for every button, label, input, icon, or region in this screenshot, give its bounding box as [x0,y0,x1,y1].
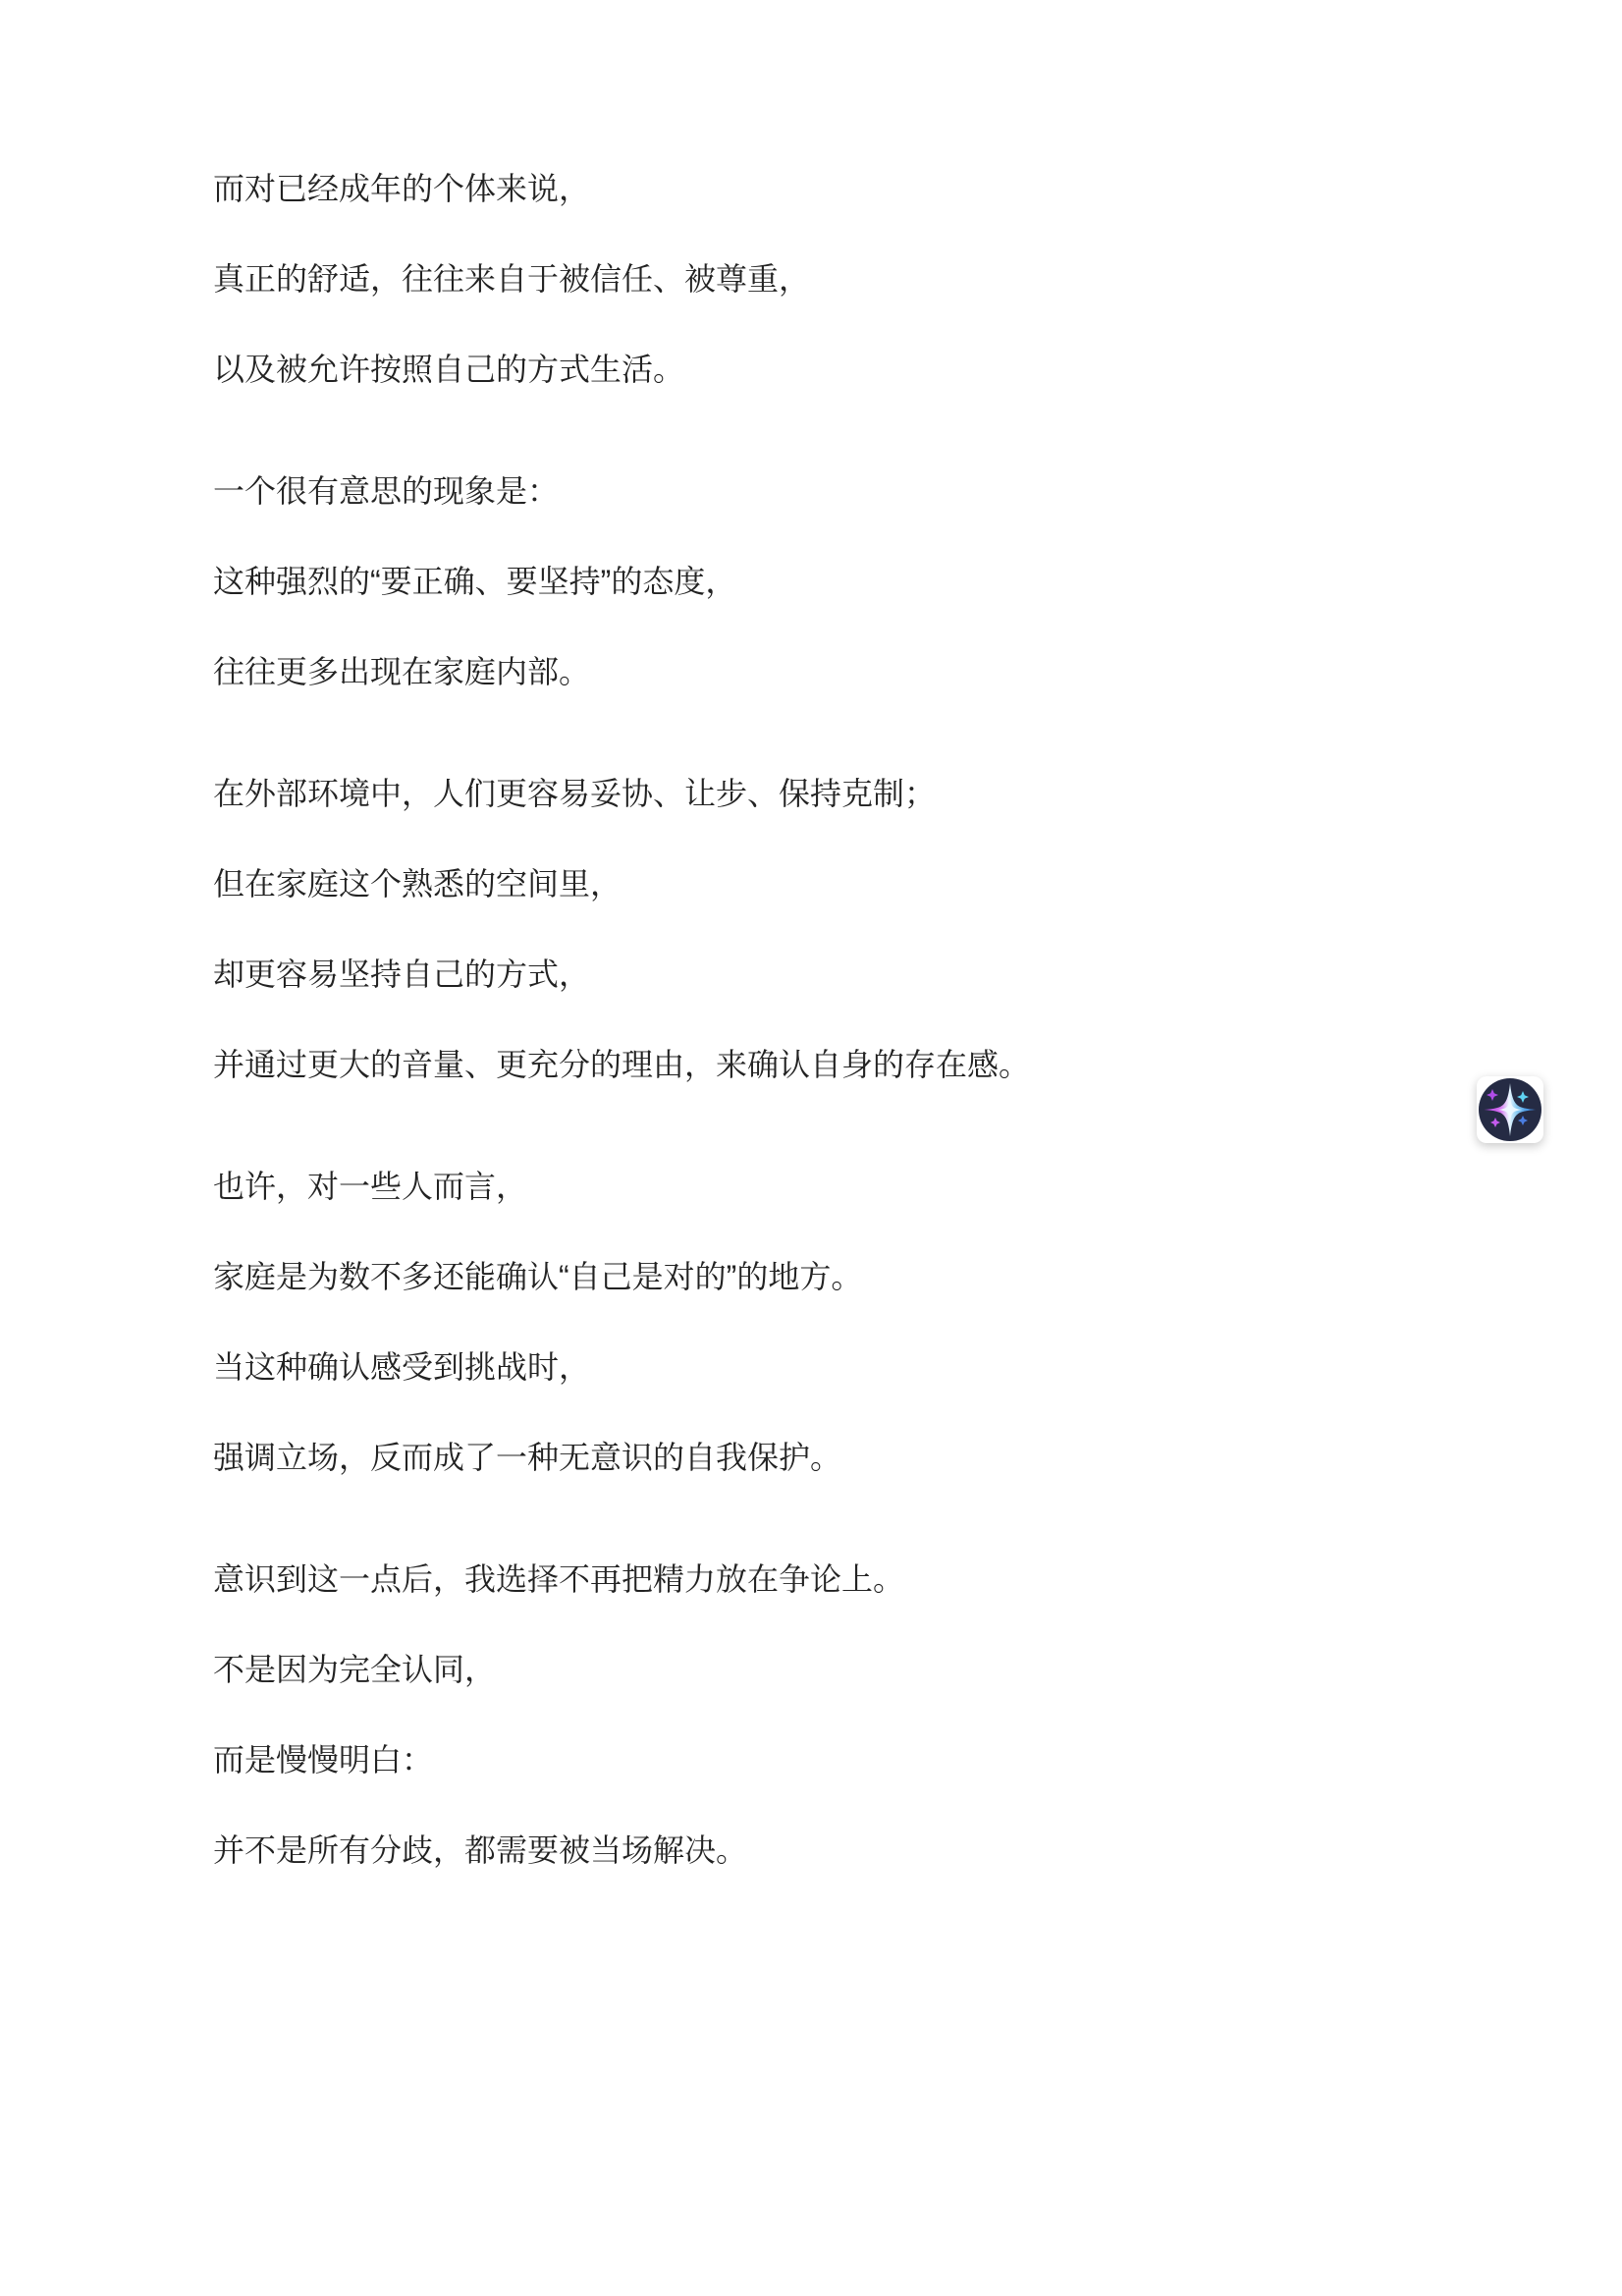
text-line: 却更容易坚持自己的方式， [213,958,1391,990]
paragraph-group: 也许，对一些人而言，家庭是为数不多还能确认“自己是对的”的地方。当这种确认感受到… [213,1171,1391,1473]
text-line: 而是慢慢明白： [213,1744,1391,1776]
text-line: 在外部环境中，人们更容易妥协、让步、保持克制； [213,778,1391,809]
paragraph-group: 意识到这一点后，我选择不再把精力放在争论上。不是因为完全认同，而是慢慢明白：并不… [213,1563,1391,1866]
assistant-widget-button[interactable] [1477,1076,1543,1143]
paragraph-group: 在外部环境中，人们更容易妥协、让步、保持克制；但在家庭这个熟悉的空间里，却更容易… [213,778,1391,1080]
document-body: 而对已经成年的个体来说，真正的舒适，往往来自于被信任、被尊重，以及被允许按照自己… [213,173,1391,1956]
text-line: 真正的舒适，往往来自于被信任、被尊重， [213,263,1391,295]
sparkle-star-icon [1479,1078,1541,1141]
text-line: 意识到这一点后，我选择不再把精力放在争论上。 [213,1563,1391,1595]
text-line: 一个很有意思的现象是： [213,475,1391,507]
text-line: 以及被允许按照自己的方式生活。 [213,354,1391,385]
text-line: 但在家庭这个熟悉的空间里， [213,868,1391,900]
text-line: 这种强烈的“要正确、要坚持”的态度， [213,566,1391,597]
text-line: 而对已经成年的个体来说， [213,173,1391,204]
text-line: 当这种确认感受到挑战时， [213,1351,1391,1383]
text-line: 并通过更大的音量、更充分的理由，来确认自身的存在感。 [213,1049,1391,1080]
text-line: 也许，对一些人而言， [213,1171,1391,1202]
paragraph-group: 一个很有意思的现象是：这种强烈的“要正确、要坚持”的态度，往往更多出现在家庭内部… [213,475,1391,687]
text-line: 不是因为完全认同， [213,1654,1391,1685]
paragraph-group: 而对已经成年的个体来说，真正的舒适，往往来自于被信任、被尊重，以及被允许按照自己… [213,173,1391,385]
text-line: 强调立场，反而成了一种无意识的自我保护。 [213,1442,1391,1473]
text-line: 往往更多出现在家庭内部。 [213,656,1391,687]
text-line: 并不是所有分歧，都需要被当场解决。 [213,1834,1391,1866]
text-line: 家庭是为数不多还能确认“自己是对的”的地方。 [213,1261,1391,1292]
